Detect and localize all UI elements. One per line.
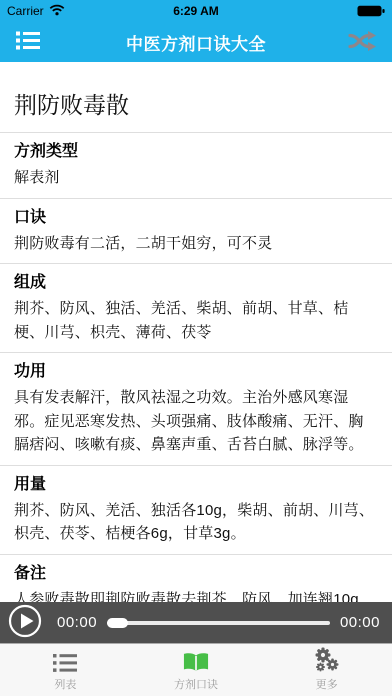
section-remarks: 备注 人参败毒散即荆防败毒散去荆芥，防风，加连翘10g， bbox=[0, 555, 392, 603]
section-label: 口诀 bbox=[14, 208, 378, 228]
section-label: 用量 bbox=[14, 475, 378, 495]
open-book-icon bbox=[182, 649, 210, 673]
tab-bar: 列表 方剂口诀 bbox=[0, 643, 392, 696]
section-text: 解表剂 bbox=[14, 166, 378, 190]
list-menu-icon bbox=[16, 31, 41, 53]
duration-time: 00:00 bbox=[340, 614, 380, 631]
elapsed-time: 00:00 bbox=[57, 614, 97, 631]
section-text: 荆芥、防风、独活、羌活、柴胡、前胡、甘草、桔梗、川芎、枳壳、薄荷、茯苓 bbox=[14, 297, 378, 344]
gears-icon bbox=[313, 649, 340, 673]
section-text: 人参败毒散即荆防败毒散去荆芥，防风，加连翘10g， bbox=[14, 588, 378, 603]
audio-player-bar: 00:00 00:00 bbox=[0, 602, 392, 643]
menu-list-button[interactable] bbox=[0, 22, 56, 62]
play-button[interactable] bbox=[8, 606, 42, 640]
tab-label: 列表 bbox=[54, 676, 76, 692]
section-dosage: 用量 荆芥、防风、羌活、独活各10g，柴胡、前胡、川芎、枳壳、茯苓、桔梗各6g，… bbox=[0, 466, 392, 554]
section-formula-type: 方剂类型 解表剂 bbox=[0, 133, 392, 198]
section-text: 荆芥、防风、羌活、独活各10g，柴胡、前胡、川芎、枳壳、茯苓、桔梗各6g，甘草3… bbox=[14, 499, 378, 546]
section-label: 功用 bbox=[14, 362, 378, 382]
section-mnemonic: 口诀 荆防败毒有二活，二胡干姐穷，可不灵 bbox=[0, 199, 392, 264]
battery-icon bbox=[357, 5, 385, 17]
section-label: 组成 bbox=[14, 273, 378, 293]
shuffle-button[interactable] bbox=[336, 22, 392, 62]
section-text: 具有发表解汗，散风祛湿之功效。主治外感风寒湿邪。症见恶寒发热、头项强痛、肢体酸痛… bbox=[14, 386, 378, 457]
carrier-label: Carrier bbox=[7, 4, 44, 18]
nav-bar: 中医方剂口诀大全 bbox=[0, 22, 392, 62]
status-left: Carrier bbox=[7, 4, 65, 19]
section-composition: 组成 荆芥、防风、独活、羌活、柴胡、前胡、甘草、桔梗、川芎、枳壳、薄荷、茯苓 bbox=[0, 264, 392, 352]
shuffle-icon bbox=[346, 29, 382, 56]
formula-detail-scroll[interactable]: 荆防败毒散 方剂类型 解表剂 口诀 荆防败毒有二活，二胡干姐穷，可不灵 组成 荆… bbox=[0, 62, 392, 602]
play-icon bbox=[8, 604, 42, 641]
progress-knob[interactable] bbox=[107, 618, 128, 628]
section-function: 功用 具有发表解汗，散风祛湿之功效。主治外感风寒湿邪。症见恶寒发热、头项强痛、肢… bbox=[0, 353, 392, 465]
tab-list[interactable]: 列表 bbox=[0, 644, 131, 696]
wifi-icon bbox=[49, 4, 65, 19]
page-title: 中医方剂口诀大全 bbox=[56, 30, 336, 55]
list-icon bbox=[53, 649, 77, 673]
section-label: 方剂类型 bbox=[14, 142, 378, 162]
app-screen: Carrier 6:29 AM bbox=[0, 0, 392, 696]
progress-bar[interactable] bbox=[107, 621, 330, 625]
status-bar: Carrier 6:29 AM bbox=[0, 0, 392, 22]
section-text: 荆防败毒有二活，二胡干姐穷，可不灵 bbox=[14, 232, 378, 256]
formula-name: 荆防败毒散 bbox=[0, 62, 392, 132]
tab-more[interactable]: 更多 bbox=[261, 644, 392, 696]
tab-label: 更多 bbox=[316, 676, 338, 692]
section-label: 备注 bbox=[14, 564, 378, 584]
tab-label: 方剂口诀 bbox=[174, 676, 218, 692]
tab-formula-mnemonics[interactable]: 方剂口诀 bbox=[131, 644, 262, 696]
